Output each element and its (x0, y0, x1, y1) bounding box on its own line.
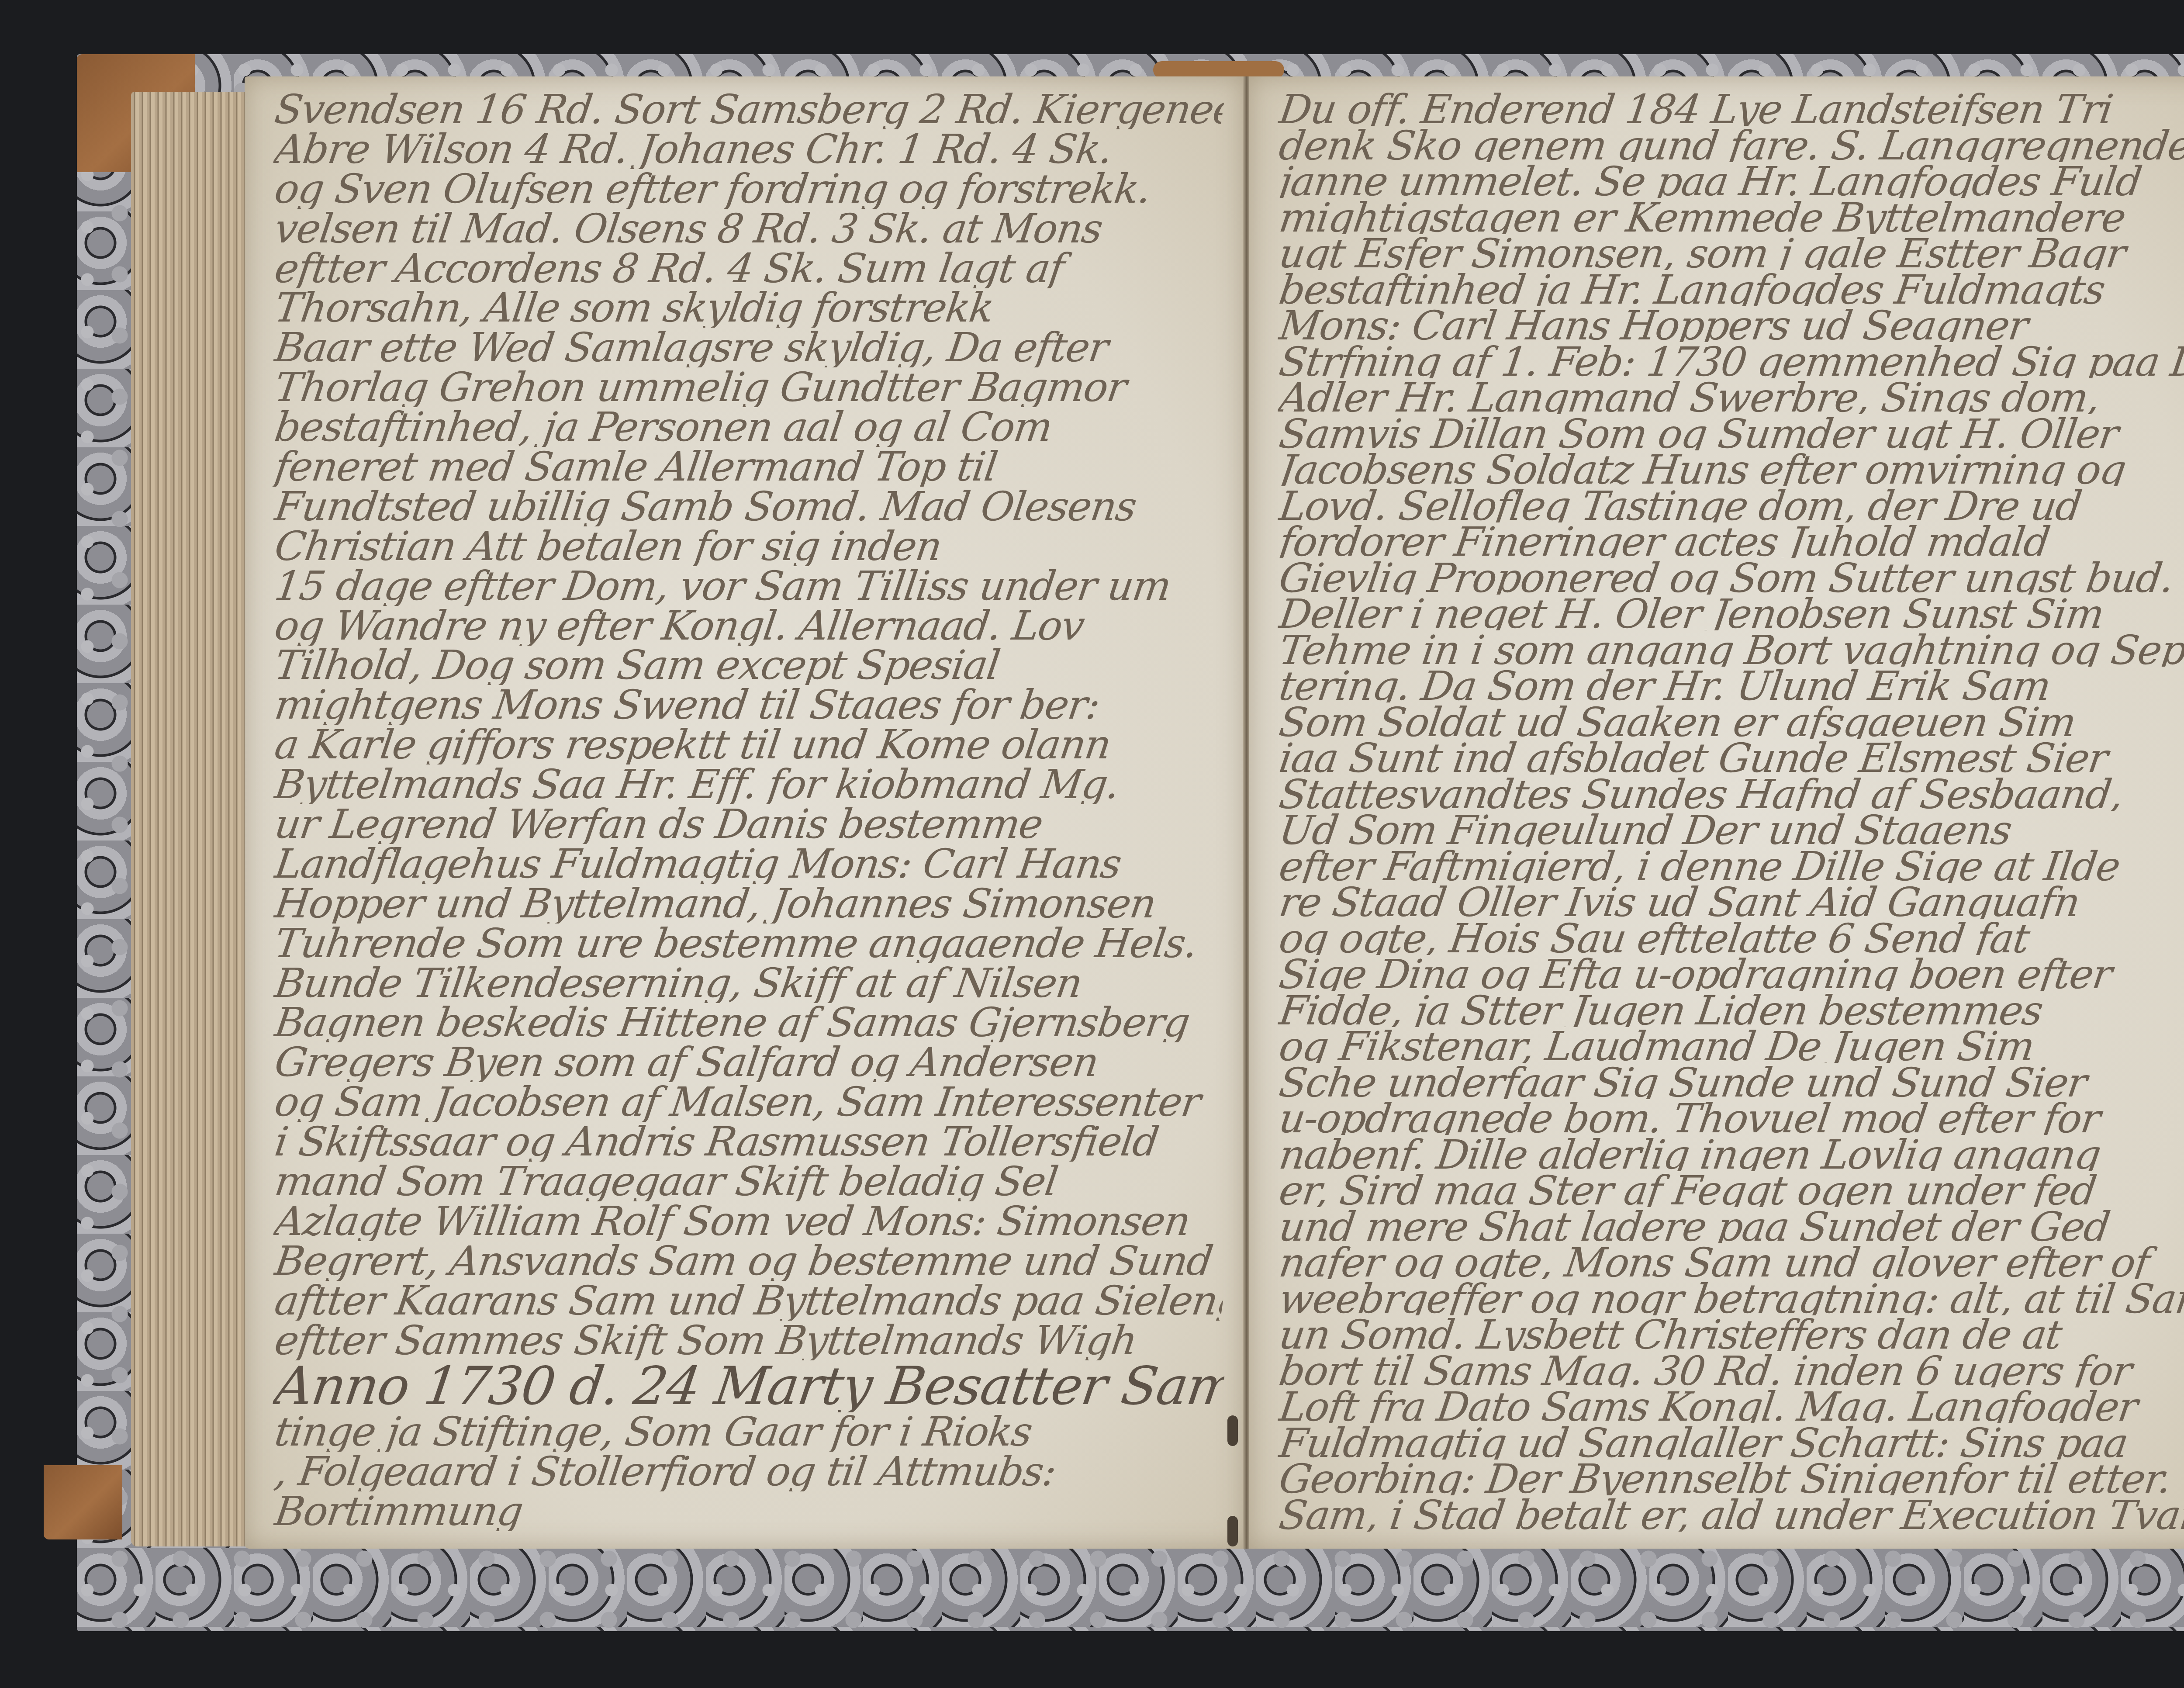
manuscript-line: Ud Som Fingeulund Der und Staaens (1277, 810, 2184, 847)
manuscript-line: aftter Kaarans Sam und Byttelmands paa S… (273, 1281, 1226, 1321)
manuscript-line: un Somd. Lysbett Christeffers dan de at (1277, 1315, 2184, 1351)
manuscript-line: Bunde Tilkendeserning, Skiff at af Nilse… (273, 963, 1226, 1003)
manuscript-line: Gievlig Proponered og Som Sutter ungst b… (1277, 558, 2184, 595)
manuscript-line: Georbing: Der Byennselbt Sinigenfor til … (1277, 1459, 2184, 1495)
binding-hole (1227, 1415, 1238, 1446)
manuscript-line: nafer og ogte, Mons Sam und glover efter… (1277, 1243, 2184, 1279)
manuscript-line: Stattesvandtes Sundes Hafnd af Sesbaand, (1277, 775, 2184, 811)
right-page-text: Du off. Enderend 184 Lye Landsteifsen Tr… (1280, 90, 2184, 1531)
manuscript-line: velsen til Mad. Olsens 8 Rd. 3 Sk. at Mo… (273, 209, 1226, 249)
manuscript-line: tering. Da Som der Hr. Ulund Erik Sam (1277, 666, 2184, 702)
manuscript-line: , Folgeaard i Stollerfiord og til Attmub… (273, 1452, 1226, 1491)
manuscript-line: Byttelmands Saa Hr. Eff. for kiobmand Mg… (273, 764, 1226, 804)
manuscript-line: Azlagte William Rolf Som ved Mons: Simon… (273, 1201, 1226, 1241)
manuscript-line: Jacobsens Soldatz Huns efter omvirning o… (1277, 450, 2184, 486)
manuscript-line: nabenf. Dille alderlig ingen Lovlig anga… (1277, 1135, 2184, 1171)
manuscript-line: Landflagehus Fuldmagtig Mons: Carl Hans (273, 844, 1226, 884)
manuscript-line: Bagnen beskedis Hittene af Samas Gjernsb… (273, 1003, 1226, 1042)
manuscript-line: og Sam Jacobsen af Malsen, Sam Interesse… (273, 1082, 1226, 1122)
manuscript-line: og Sven Olufsen eftter fordring og forst… (273, 169, 1226, 209)
manuscript-line: und mere Shat ladere paa Sundet der Ged (1277, 1207, 2184, 1243)
manuscript-line: re Staad Oller Ivis ud Sant Aid Ganguafn (1277, 882, 2184, 919)
manuscript-line: Svendsen 16 Rd. Sort Samsberg 2 Rd. Kier… (273, 90, 1226, 129)
manuscript-line: Fidde, ja Stter Jugen Liden bestemmes (1277, 991, 2184, 1027)
manuscript-line: ugt Esfer Simonsen, som j gale Estter Ba… (1277, 234, 2184, 270)
manuscript-line: feneret med Samle Allermand Top til (273, 447, 1226, 487)
manuscript-line: ur Legrend Werfan ds Danis bestemme (273, 804, 1226, 844)
manuscript-line: Mons: Carl Hans Hoppers ud Seagner (1277, 306, 2184, 342)
manuscript-line: og Wandre ny efter Kongl. Allernaad. Lov (273, 606, 1226, 646)
manuscript-line: Samvis Dillan Som og Sumder ugt H. Oller (1277, 414, 2184, 450)
manuscript-line: Begrert, Ansvands Sam og bestemme und Su… (273, 1241, 1226, 1281)
manuscript-line: Gregers Byen som af Salfard og Andersen (273, 1042, 1226, 1082)
manuscript-line: Christian Att betalen for sig inden (273, 526, 1226, 566)
manuscript-line: Deller i neget H. Oler Jenobsen Sunst Si… (1277, 594, 2184, 630)
manuscript-line: Tehme in i som angang Bort vaghtning og … (1277, 630, 2184, 667)
left-page-text: Svendsen 16 Rd. Sort Samsberg 2 Rd. Kier… (275, 90, 1223, 1531)
manuscript-line: og Fikstenar, Laudmand De Jugen Sim (1277, 1027, 2184, 1063)
manuscript-line: Loft fra Dato Sams Kongl. Mag. Langfogde… (1277, 1387, 2184, 1423)
manuscript-line: er, Sird maa Ster af Feggt ogen under fe… (1277, 1171, 2184, 1207)
manuscript-line: Anno 1730 d. 24 Marty Besatter Sam. (272, 1360, 1227, 1412)
manuscript-line: 15 dage eftter Dom, vor Sam Tilliss unde… (273, 566, 1226, 606)
manuscript-line: Fundtsted ubillig Samb Somd. Mad Olesens (273, 487, 1226, 526)
manuscript-line: mightgens Mons Swend til Staaes for ber: (273, 685, 1226, 725)
manuscript-line: Tuhrende Som ure bestemme angaaende Hels… (273, 924, 1226, 963)
right-page: Du off. Enderend 184 Lye Landsteifsen Tr… (1249, 76, 2184, 1549)
manuscript-line: weebrgeffer og nogr betragtning: alt, at… (1277, 1279, 2184, 1315)
manuscript-line: Sche underfaar Sig Sunde und Sund Sier (1277, 1063, 2184, 1099)
manuscript-line: janne ummelet. Se paa Hr. Langfogdes Ful… (1277, 162, 2184, 198)
manuscript-line: denk Sko genem gund fare. S. Langgregnen… (1277, 126, 2184, 162)
manuscript-line: bestaftinhed ja Hr. Langfogdes Fuldmagts (1277, 270, 2184, 306)
left-page: Svendsen 16 Rd. Sort Samsberg 2 Rd. Kier… (245, 76, 1245, 1549)
manuscript-line: Bortimmung (273, 1491, 1226, 1531)
manuscript-line: Lovd. Sellofleg Tastinge dom, der Dre ud (1277, 486, 2184, 522)
manuscript-line: tinge ja Stiftinge, Som Gaar for i Rioks (273, 1412, 1226, 1452)
manuscript-line: Tilhold, Dog som Sam except Spesial (273, 645, 1226, 685)
manuscript-line: Som Soldat ud Saaken er afsgaeuen Sim (1277, 702, 2184, 739)
manuscript-line: Strfning af 1. Feb: 1730 gemmenhed Sig p… (1277, 342, 2184, 378)
manuscript-line: Sam, i Stad betalt er, ald under Executi… (1277, 1495, 2184, 1532)
manuscript-line: Abre Wilson 4 Rd. Johanes Chr. 1 Rd. 4 S… (273, 129, 1226, 169)
manuscript-line: Thorsahn, Alle som skyldig forstrekk (273, 288, 1226, 328)
manuscript-line: a Karle giffors respektt til und Kome ol… (273, 725, 1226, 764)
manuscript-line: mightigstagen er Kemmede Byttelmandere (1277, 198, 2184, 234)
manuscript-line: og ogte, Hois Sau efttelatte 6 Send fat (1277, 919, 2184, 955)
manuscript-line: fordorer Fineringer actes Juhold mdald (1277, 522, 2184, 558)
manuscript-line: Du off. Enderend 184 Lye Landsteifsen Tr… (1277, 90, 2184, 126)
manuscript-line: i Skiftssaar og Andris Rasmussen Tollers… (273, 1122, 1226, 1162)
manuscript-line: bestaftinhed, ja Personen aal og al Com (273, 407, 1226, 447)
manuscript-line: iaa Sunt ind afsbladet Gunde Elsmest Sie… (1277, 738, 2184, 775)
manuscript-line: eftter Sammes Skift Som Byttelmands Wigh (273, 1321, 1226, 1360)
manuscript-line: u-opdragnede bom. Thovuel mod efter for (1277, 1099, 2184, 1135)
page-stack-left (131, 92, 245, 1546)
manuscript-line: mand Som Traagegaar Skift beladig Sel (273, 1162, 1226, 1201)
manuscript-line: efter Faftmigierd, i denne Dille Sige at… (1277, 847, 2184, 883)
manuscript-line: Adler Hr. Langmand Swerbre, Sings dom, (1277, 378, 2184, 414)
manuscript-line: Sige Dina og Efta u-opdragning boen efte… (1277, 955, 2184, 991)
binding-hole (1227, 1516, 1238, 1546)
leather-corner-bottom-left (44, 1465, 122, 1539)
manuscript-line: Fuldmagtig ud Sanglaller Schartt: Sins p… (1277, 1423, 2184, 1460)
manuscript-line: Thorlag Grehon ummelig Gundtter Bagmor (273, 367, 1226, 407)
spine-headcap (1153, 61, 1284, 79)
manuscript-line: eftter Accordens 8 Rd. 4 Sk. Sum lagt af (273, 249, 1226, 288)
manuscript-line: bort til Sams Mag. 30 Rd. inden 6 ugers … (1277, 1351, 2184, 1387)
manuscript-line: Baar ette Wed Samlagsre skyldig, Da efte… (273, 328, 1226, 367)
manuscript-line: Hopper und Byttelmand, Johannes Simonsen (273, 884, 1226, 924)
